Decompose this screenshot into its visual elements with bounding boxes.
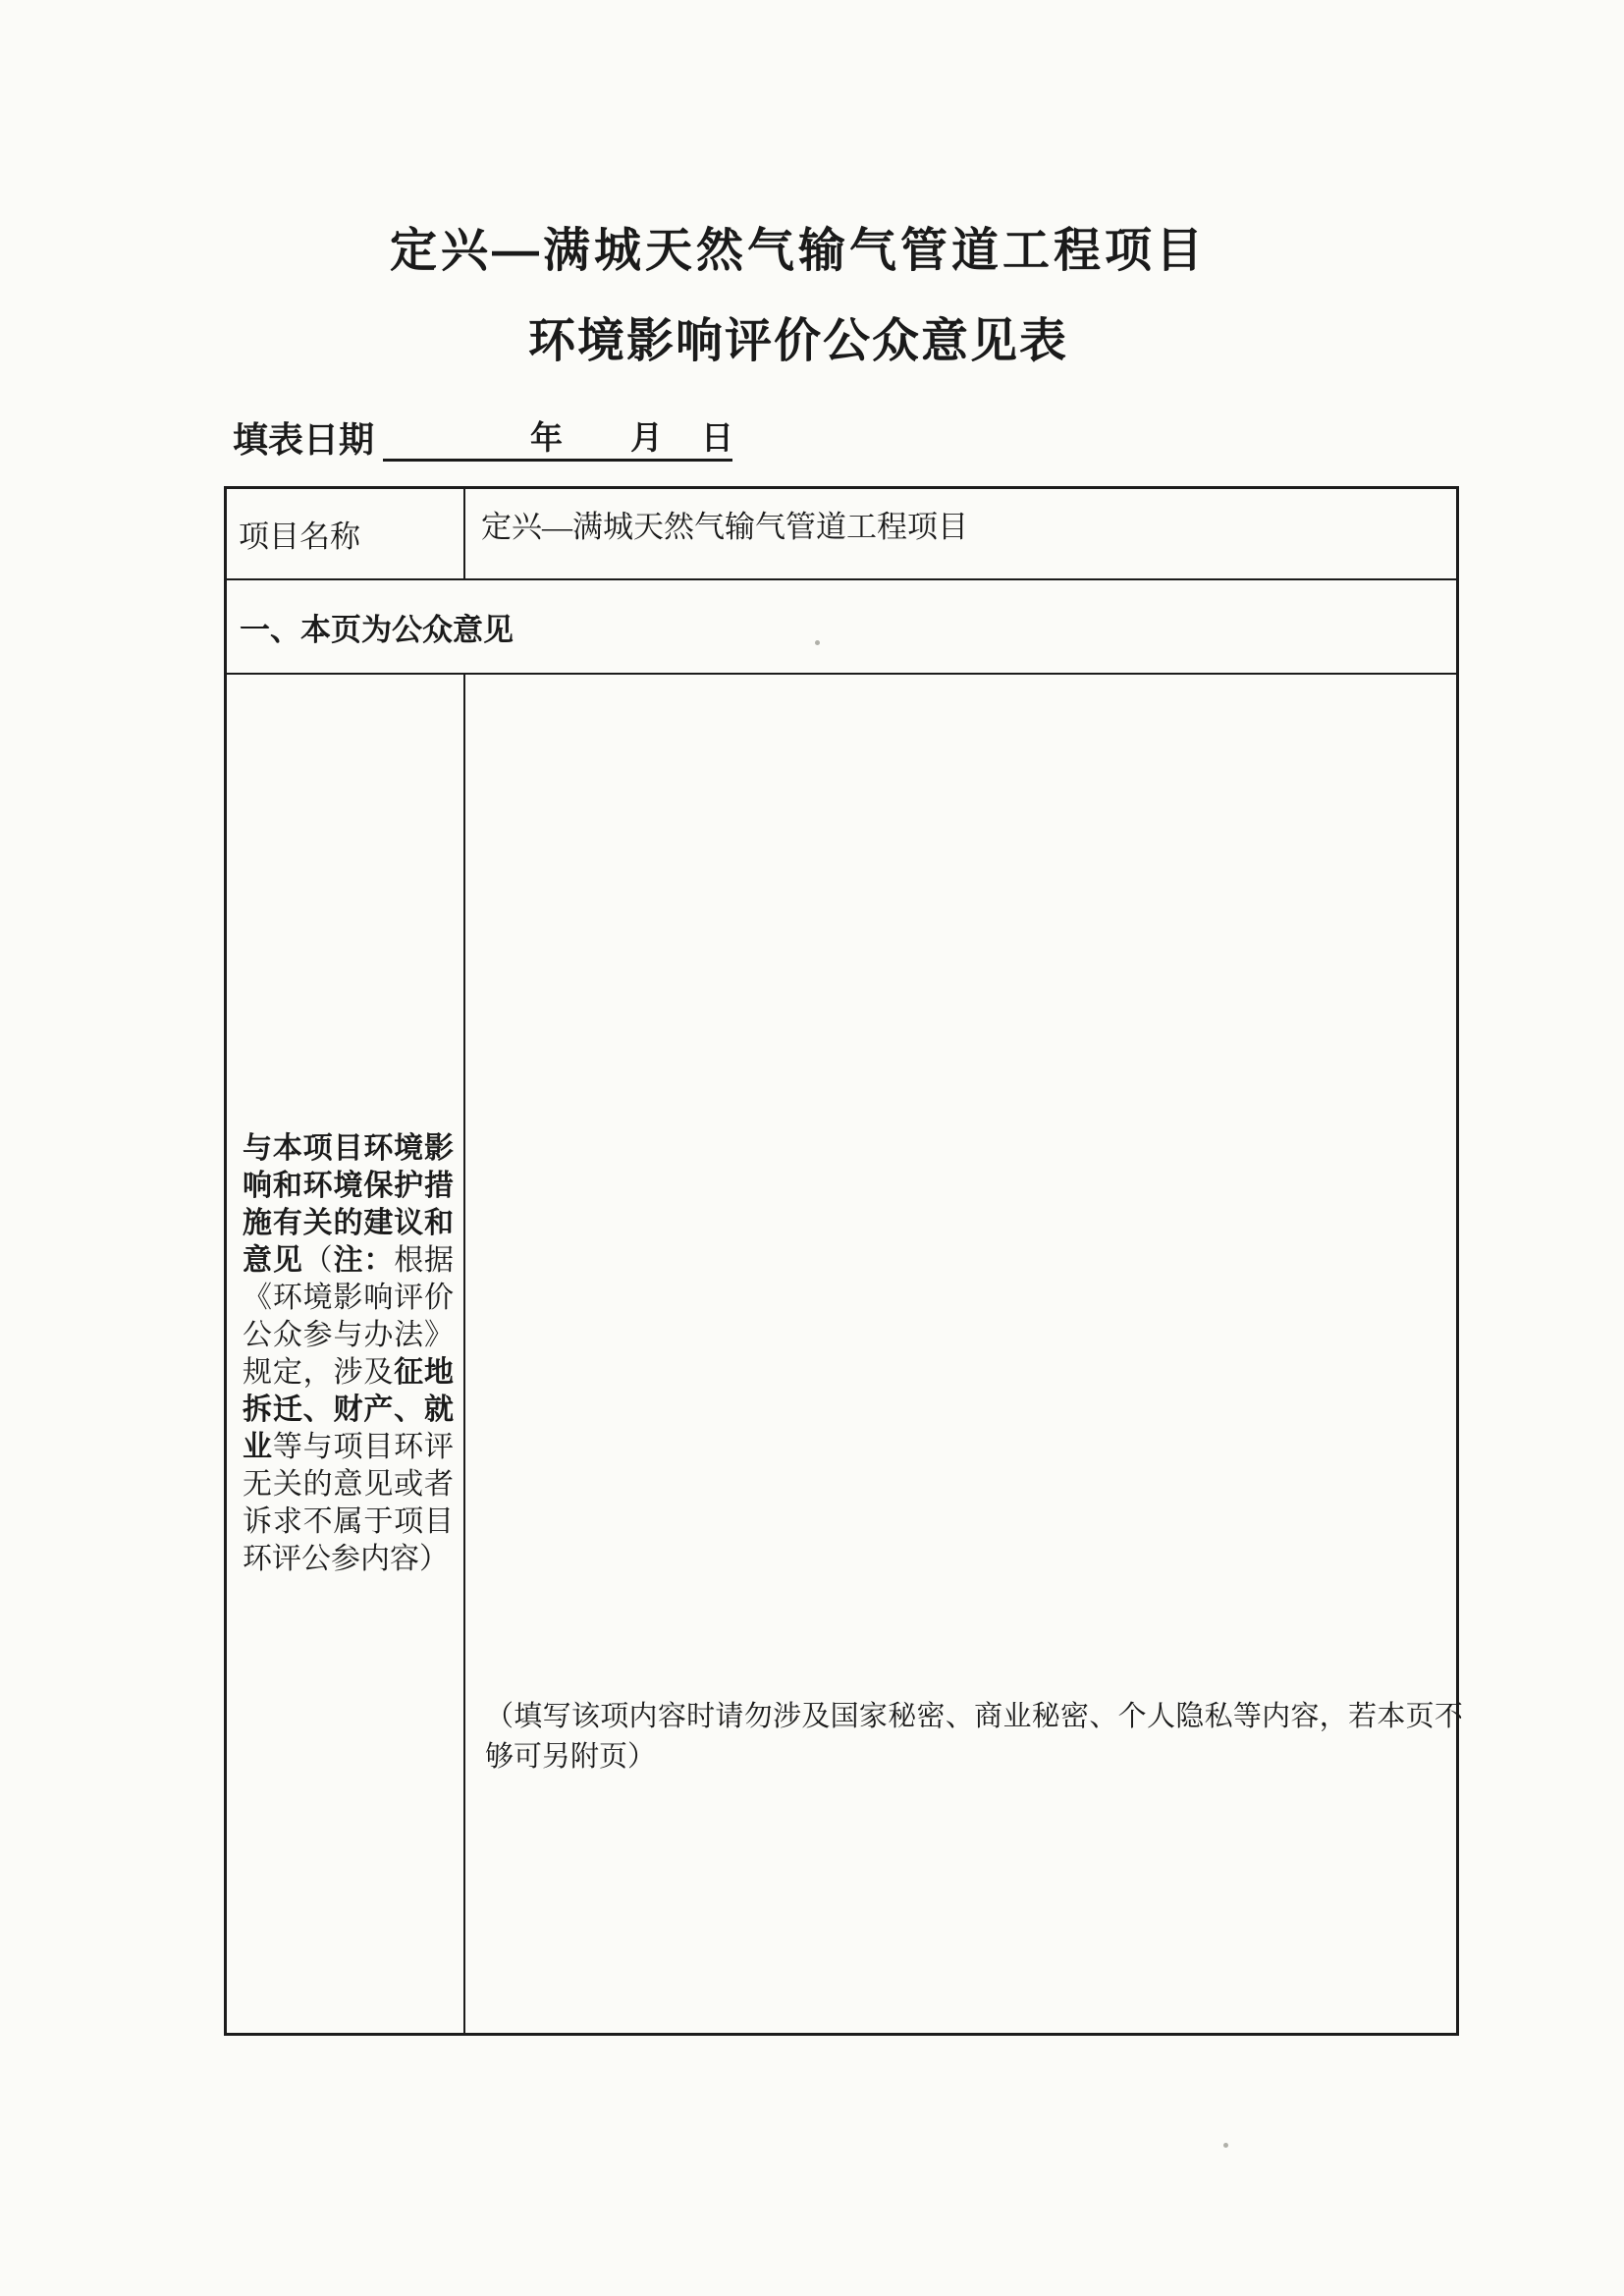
opinion-write-area: （填写该项内容时请勿涉及国家秘密、商业秘密、个人隐私等内容，若本页不够可另附页） (465, 675, 1456, 2033)
fill-date-row: 填表日期 年 月 日 (233, 416, 732, 462)
year-label: 年 (530, 421, 563, 454)
advice-label-text: 与本项目环境影响和环境保护措施有关的建议和意见（注：根据《环境影响评价公众参与办… (243, 1130, 454, 1578)
advice-seg-regular-3: 等与项目环评无关的意见或者诉求不属于项目环评公参内容） (243, 1431, 454, 1575)
project-name-label-cell: 项目名称 (227, 489, 465, 578)
advice-seg-regular-1: （ (303, 1244, 334, 1277)
opinion-form-table: 项目名称 定兴—满城天然气输气管道工程项目 一、本页为公众意见 与本项目环境影响… (224, 486, 1459, 2036)
day-label: 日 (701, 421, 733, 454)
confidentiality-note: （填写该项内容时请勿涉及国家秘密、商业秘密、个人隐私等内容，若本页不够可另附页） (485, 1697, 1463, 1777)
project-name-value-cell: 定兴—满城天然气输气管道工程项目 (465, 489, 1456, 578)
scan-speck (1223, 2143, 1228, 2148)
project-name-value: 定兴—满城天然气输气管道工程项目 (481, 510, 968, 544)
fill-date-label: 填表日期 (233, 418, 374, 462)
form-title-line1: 定兴—满城天然气输气管道工程项目 (0, 212, 1610, 280)
opinion-row: 与本项目环境影响和环境保护措施有关的建议和意见（注：根据《环境影响评价公众参与办… (227, 675, 1456, 2033)
advice-seg-bold-2: 注： (334, 1244, 395, 1277)
section-header: 一、本页为公众意见 (240, 605, 514, 649)
section-header-row: 一、本页为公众意见 (227, 580, 1456, 675)
project-name-label: 项目名称 (239, 512, 360, 556)
month-label: 月 (630, 421, 663, 454)
project-name-row: 项目名称 定兴—满城天然气输气管道工程项目 (227, 489, 1456, 580)
advice-label-cell: 与本项目环境影响和环境保护措施有关的建议和意见（注：根据《环境影响评价公众参与办… (227, 675, 465, 2033)
date-blank-underline: 年 月 日 (383, 413, 732, 462)
scan-speck (815, 640, 820, 645)
form-title-line2: 环境影响评价公众意见表 (0, 302, 1610, 370)
scanned-form-page: 定兴—满城天然气输气管道工程项目 环境影响评价公众意见表 填表日期 年 月 日 … (0, 0, 1624, 2296)
